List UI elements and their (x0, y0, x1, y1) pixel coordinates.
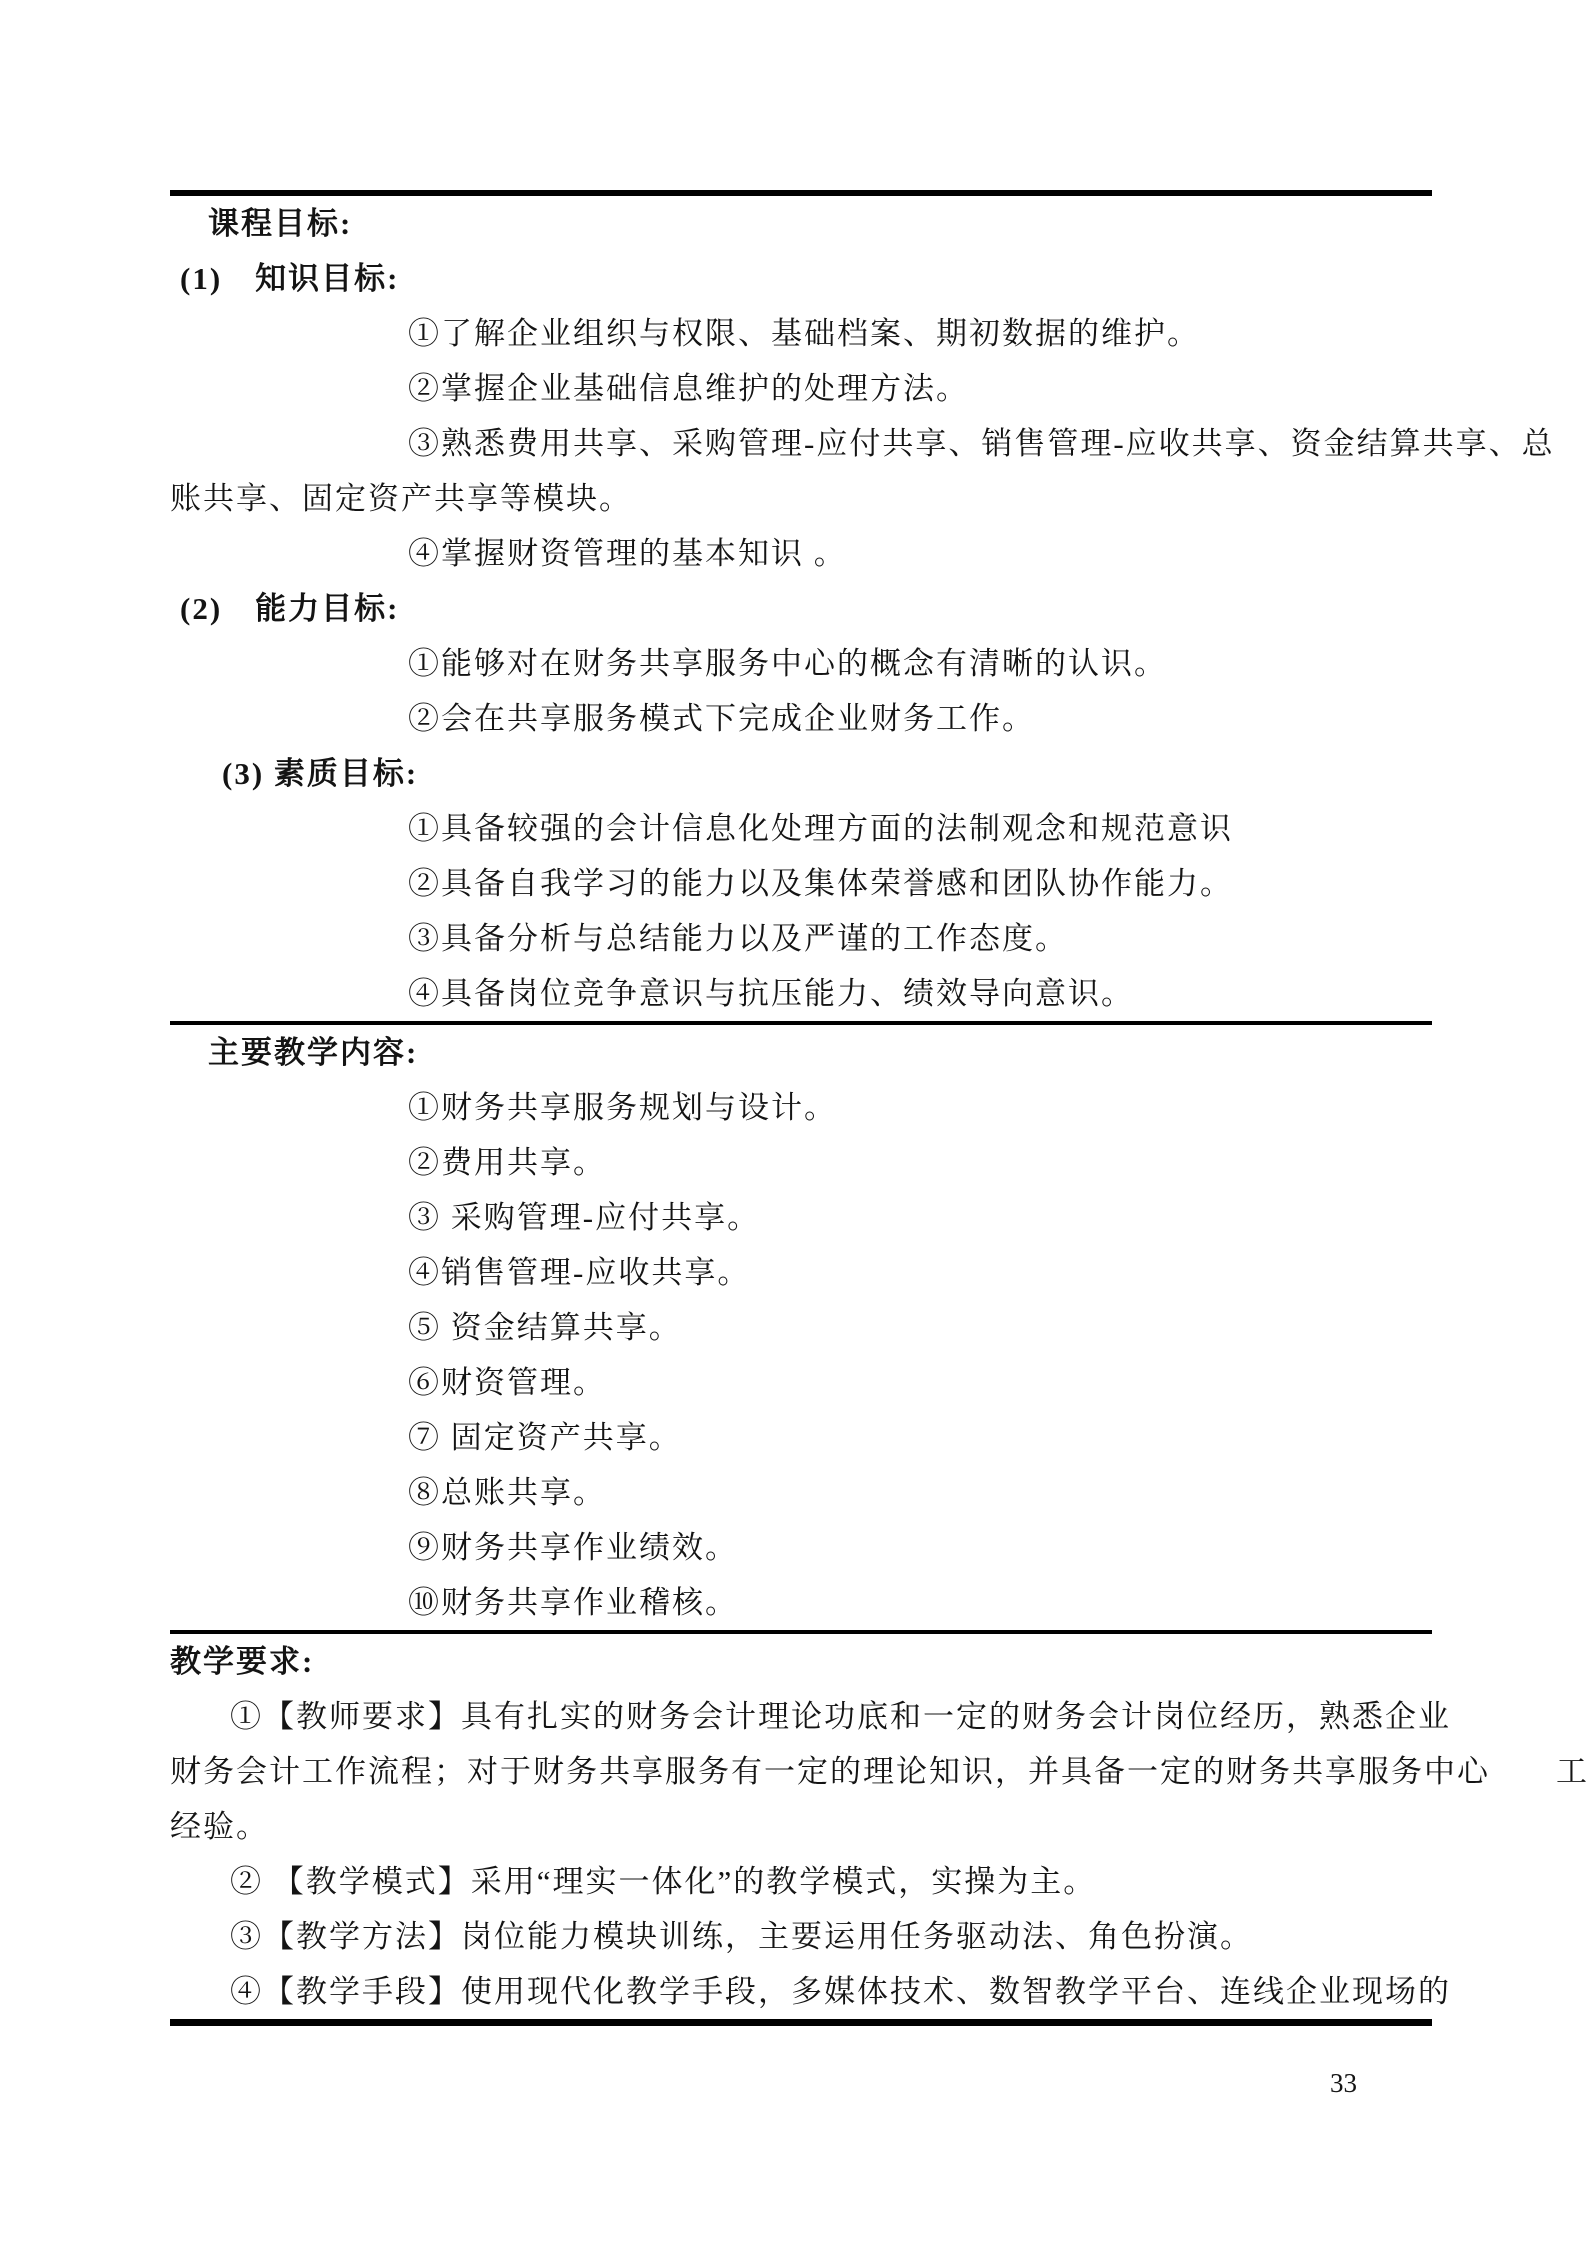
list-item: ④具备岗位竞争意识与抗压能力、绩效导向意识。 (170, 966, 1432, 1021)
subheading-quality-objectives: (3) 素质目标: (170, 746, 1432, 801)
list-item: ④销售管理-应收共享。 (170, 1245, 1432, 1300)
list-item: ⑥财资管理。 (170, 1355, 1432, 1410)
list-item: ②会在共享服务模式下完成企业财务工作。 (170, 691, 1432, 746)
list-item: ④掌握财资管理的基本知识 。 (170, 526, 1432, 581)
paragraph-line: 财务会计工作流程；对于财务共享服务有一定的理论知识，并具备一定的财务共享服务中心… (170, 1744, 1432, 1799)
heading-course-objectives: 课程目标: (170, 196, 1432, 251)
paragraph-line: 经验。 (170, 1799, 1432, 1854)
paragraph-line: ④【教学手段】使用现代化教学手段，多媒体技术、数智教学平台、连线企业现场的 (170, 1964, 1432, 2019)
list-item: ⑤ 资金结算共享。 (170, 1300, 1432, 1355)
list-item: ③具备分析与总结能力以及严谨的工作态度。 (170, 911, 1432, 966)
list-item: ⑨财务共享作业绩效。 (170, 1520, 1432, 1575)
list-item: ⑦ 固定资产共享。 (170, 1410, 1432, 1465)
list-item: ②掌握企业基础信息维护的处理方法。 (170, 361, 1432, 416)
list-item: ②具备自我学习的能力以及集体荣誉感和团队协作能力。 (170, 856, 1432, 911)
document-page: 课程目标: (1) 知识目标: ①了解企业组织与权限、基础档案、期初数据的维护。… (0, 0, 1588, 2245)
list-item: ③ 采购管理-应付共享。 (170, 1190, 1432, 1245)
list-item: ⑩财务共享作业稽核。 (170, 1575, 1432, 1630)
subheading-ability-objectives: (2) 能力目标: (170, 581, 1432, 636)
page-number: 33 (1330, 2066, 1357, 2100)
bottom-divider (170, 2019, 1432, 2026)
heading-teaching-content: 主要教学内容: (170, 1025, 1432, 1080)
list-item: ①了解企业组织与权限、基础档案、期初数据的维护。 (170, 306, 1432, 361)
list-item-wrap: 账共享、固定资产共享等模块。 (170, 471, 1432, 526)
heading-teaching-requirements: 教学要求: (170, 1634, 1432, 1689)
list-item: ①财务共享服务规划与设计。 (170, 1080, 1432, 1135)
paragraph-line: ② 【教学模式】采用“理实一体化”的教学模式，实操为主。 (170, 1854, 1432, 1909)
list-item: ①能够对在财务共享服务中心的概念有清晰的认识。 (170, 636, 1432, 691)
subheading-knowledge-objectives: (1) 知识目标: (170, 251, 1432, 306)
list-item: ②费用共享。 (170, 1135, 1432, 1190)
paragraph-line: ①【教师要求】具有扎实的财务会计理论功底和一定的财务会计岗位经历，熟悉企业 (170, 1689, 1432, 1744)
list-item: ③熟悉费用共享、采购管理-应付共享、销售管理-应收共享、资金结算共享、总 (170, 416, 1432, 471)
list-item: ①具备较强的会计信息化处理方面的法制观念和规范意识 (170, 801, 1432, 856)
document-content: 课程目标: (1) 知识目标: ①了解企业组织与权限、基础档案、期初数据的维护。… (170, 190, 1432, 2026)
list-item: ⑧总账共享。 (170, 1465, 1432, 1520)
paragraph-line: ③【教学方法】岗位能力模块训练，主要运用任务驱动法、角色扮演。 (170, 1909, 1432, 1964)
